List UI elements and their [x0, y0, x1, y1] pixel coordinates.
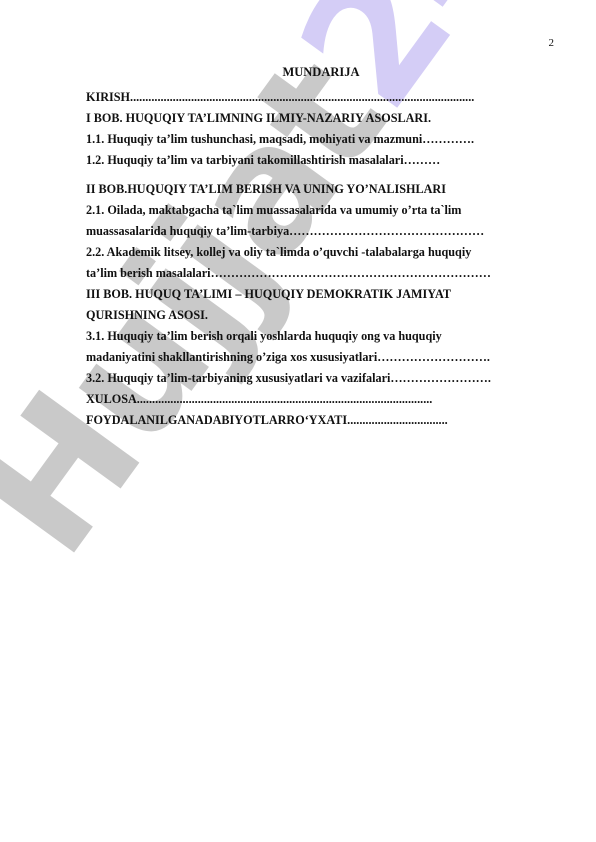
toc-section-2-2: 2.2. Akademik litsey, kollej va oliy ta`…	[86, 242, 556, 263]
toc-entry-bibliography: FOYDALANILGANADABIYOTLARRO‘YXATI........…	[86, 410, 556, 431]
toc-section-3-1: 3.1. Huquqiy ta’lim berish orqali yoshla…	[86, 326, 556, 347]
toc-section-3-1-cont: madaniyatini shakllantirishning o’ziga x…	[86, 347, 556, 368]
toc-section-2-2-cont: ta’lim berish masalalari……………………………………………	[86, 263, 556, 284]
toc-section-2-1-cont: muassasalarida huquqiy ta’lim-tarbiya…………	[86, 221, 556, 242]
toc-chapter-3: III BOB. HUQUQ TA’LIMI – HUQUQIY DEMOKRA…	[86, 284, 556, 305]
toc-chapter-1: I BOB. HUQUQIY TA’LIMNING ILMIY-NAZARIY …	[86, 108, 556, 129]
toc-section-1-1: 1.1. Huquqiy ta’lim tushunchasi, maqsadi…	[86, 129, 556, 150]
toc-entry-introduction: KIRISH..................................…	[86, 87, 556, 108]
table-of-contents: MUNDARIJA KIRISH........................…	[86, 62, 556, 431]
toc-chapter-2: II BOB.HUQUQIY TA’LIM BERISH VA UNING YO…	[86, 179, 556, 200]
page-number: 2	[549, 37, 555, 49]
spacer	[86, 171, 556, 179]
toc-section-3-2: 3.2. Huquqiy ta’lim-tarbiyaning xususiya…	[86, 368, 556, 389]
document-page: 2 Hujjat24 MUNDARIJA KIRISH.............…	[0, 0, 596, 842]
toc-entry-conclusion: XULOSA..................................…	[86, 389, 556, 410]
page-title: MUNDARIJA	[86, 62, 556, 82]
toc-section-1-2: 1.2. Huquqiy ta’lim va tarbiyani takomil…	[86, 150, 556, 171]
toc-chapter-3-cont: QURISHNING ASOSI.	[86, 305, 556, 326]
toc-section-2-1: 2.1. Oilada, maktabgacha ta`lim muassasa…	[86, 200, 556, 221]
